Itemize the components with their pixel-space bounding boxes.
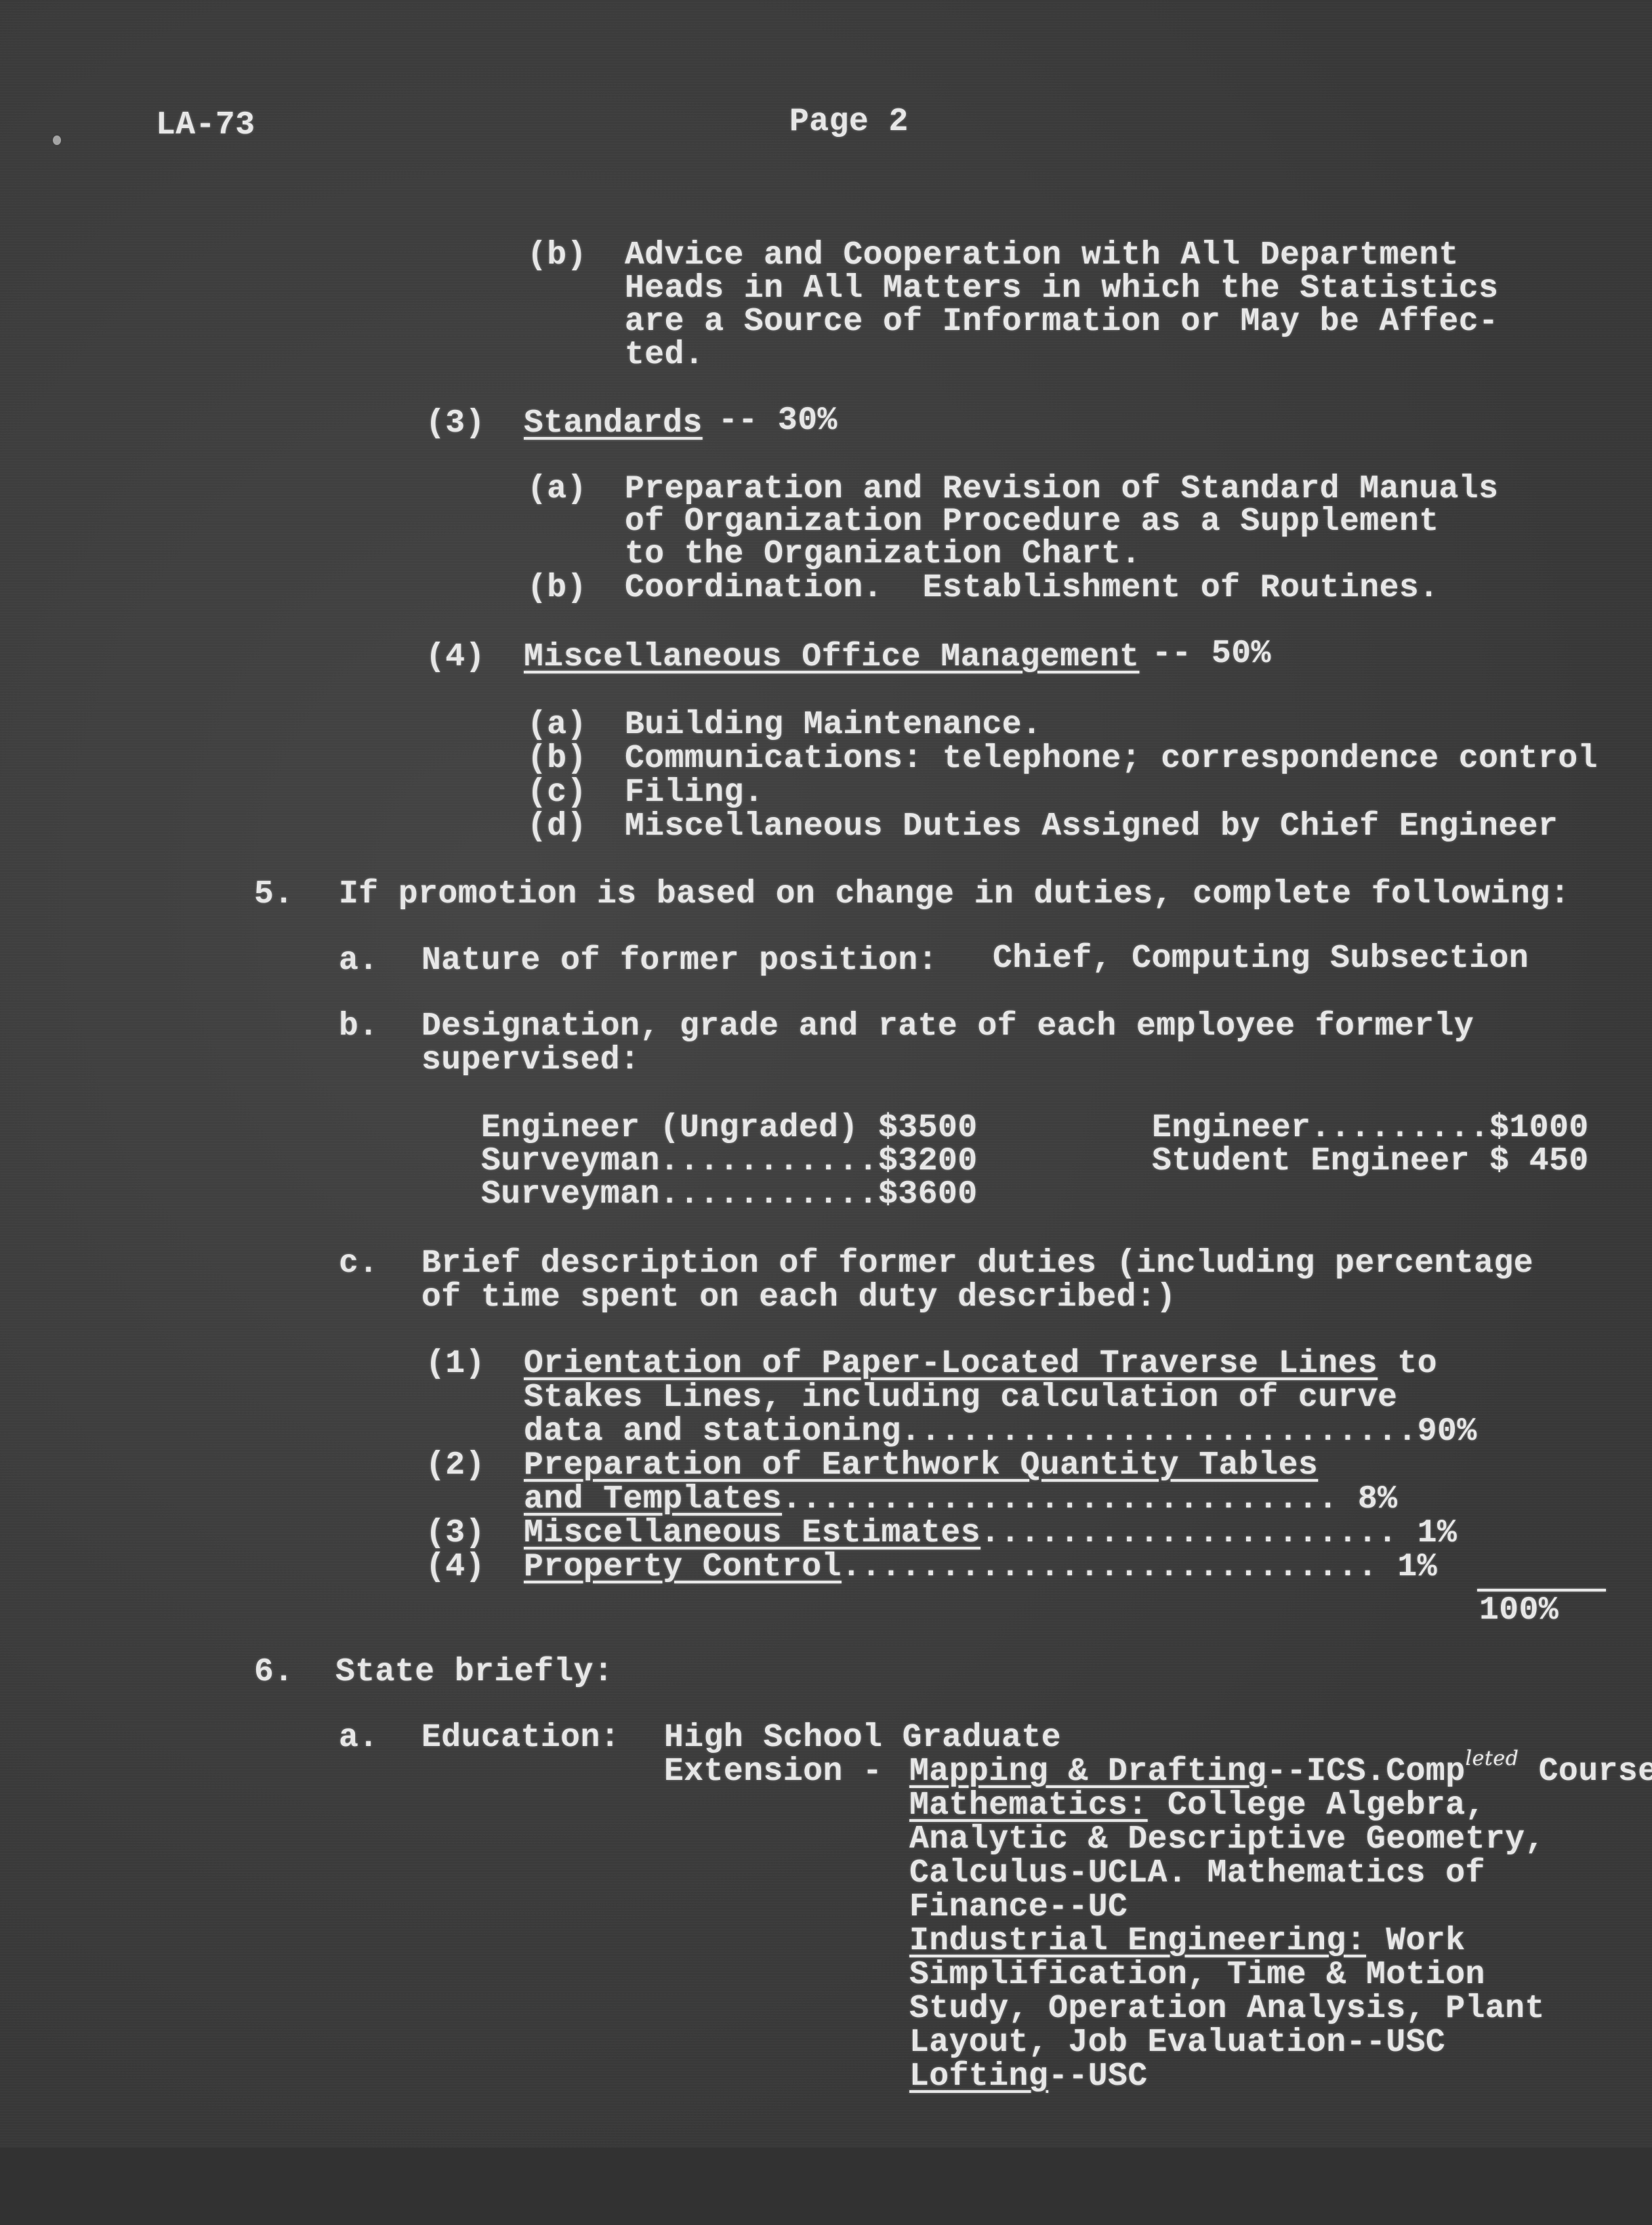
course-line: Calculus-UCLA. Mathematics of xyxy=(909,1856,1485,1890)
employee-row: Surveyman...........$3600 xyxy=(481,1178,978,1211)
misc-d-marker: (d) xyxy=(527,810,587,844)
misc-b-marker: (b) xyxy=(527,742,587,776)
duty-4-marker: (4) xyxy=(426,1550,485,1584)
item-b-line-2: Heads in All Matters in which the Statis… xyxy=(625,272,1498,306)
course-line: Study, Operation Analysis, Plant xyxy=(909,1992,1545,2026)
section-5c-line-1: Brief description of former duties (incl… xyxy=(421,1247,1533,1281)
education-label: Education: xyxy=(421,1721,620,1755)
scan-blemish xyxy=(53,136,61,145)
standards-marker: (3) xyxy=(426,407,485,440)
dot-leader: ............................ xyxy=(782,1481,1358,1518)
total-rule xyxy=(1477,1589,1606,1592)
duty-2-title: Preparation of Earthwork Quantity Tables xyxy=(524,1449,1318,1482)
section-5a-marker: a. xyxy=(339,944,379,978)
dot-leader: ........................... xyxy=(842,1549,1398,1585)
document-id: LA-73 xyxy=(156,108,255,142)
course-industrial-engineering: Industrial Engineering: Work xyxy=(909,1924,1466,1958)
duty-3-line: Miscellaneous Estimates.................… xyxy=(524,1516,1457,1550)
course-line: Simplification, Time & Motion xyxy=(909,1958,1485,1992)
standards-b-text: Coordination. Establishment of Routines. xyxy=(625,571,1439,605)
misc-b-text: Communications: telephone; correspondenc… xyxy=(625,742,1598,776)
section-5c-marker: c. xyxy=(339,1247,379,1281)
misc-a-marker: (a) xyxy=(527,708,587,742)
duty-1-line-2: Stakes Lines, including calculation of c… xyxy=(524,1381,1397,1415)
misc-office-percentage: -- 50% xyxy=(1152,637,1271,671)
employee-row: Engineer.........$1000 xyxy=(1152,1111,1589,1145)
misc-office-marker: (4) xyxy=(426,640,485,674)
employee-row: Surveyman...........$3200 xyxy=(481,1144,978,1178)
misc-office-title: Miscellaneous Office Management xyxy=(524,640,1139,674)
former-position-value: Chief, Computing Subsection xyxy=(993,942,1529,976)
item-b-line-4: ted. xyxy=(625,338,704,372)
duty-3-marker: (3) xyxy=(426,1516,485,1550)
dot-leader: ..................... xyxy=(980,1515,1418,1552)
section-5b-line-2: supervised: xyxy=(421,1043,640,1077)
duty-1-line-3: data and stationing.....................… xyxy=(524,1415,1477,1449)
course-mathematics: Mathematics: College Algebra, xyxy=(909,1789,1485,1823)
employee-rate: $1000 xyxy=(1489,1110,1589,1146)
course-line: Analytic & Descriptive Geometry, xyxy=(909,1823,1545,1856)
section-5-number: 5. xyxy=(254,877,294,911)
standards-title: Standards xyxy=(524,407,703,440)
course-lofting: Lofting--USC xyxy=(909,2060,1148,2094)
handwritten-annotation: leted xyxy=(1466,1747,1519,1770)
section-6-heading: State briefly: xyxy=(335,1655,613,1689)
misc-a-text: Building Maintenance. xyxy=(625,708,1041,742)
misc-c-text: Filing. xyxy=(625,776,764,810)
section-6a-marker: a. xyxy=(339,1721,379,1755)
employee-row: Engineer (Ungraded) $3500 xyxy=(481,1111,978,1145)
scan-bottom-edge xyxy=(0,2148,1652,2225)
item-b-line-1: Advice and Cooperation with All Departme… xyxy=(625,238,1459,272)
course-line: Layout, Job Evaluation--USC xyxy=(909,2026,1445,2060)
duty-3-percentage: 1% xyxy=(1418,1515,1458,1552)
misc-c-marker: (c) xyxy=(527,776,587,810)
duty-1-marker: (1) xyxy=(426,1347,485,1381)
standards-a-marker: (a) xyxy=(527,472,587,506)
section-6-number: 6. xyxy=(254,1655,294,1689)
duty-2-percentage: 8% xyxy=(1358,1481,1398,1518)
misc-d-text: Miscellaneous Duties Assigned by Chief E… xyxy=(625,810,1558,844)
standards-a-line-2: of Organization Procedure as a Supplemen… xyxy=(625,505,1439,539)
high-school: High School Graduate xyxy=(664,1721,1061,1755)
item-b-marker: (b) xyxy=(527,238,587,272)
course-mapping-drafting: Mapping & Drafting--ICS.Completed Course xyxy=(909,1755,1652,1791)
employee-rate: $3600 xyxy=(878,1176,978,1213)
employee-rate: $3200 xyxy=(878,1143,978,1180)
section-5b-line-1: Designation, grade and rate of each empl… xyxy=(421,1010,1474,1043)
duty-1-percentage: 90% xyxy=(1418,1413,1477,1450)
duty-1-title: Orientation of Paper-Located Traverse Li… xyxy=(524,1347,1437,1381)
employee-rate: $ 450 xyxy=(1489,1143,1589,1180)
dot-leader: .......................... xyxy=(901,1413,1418,1450)
section-5c-line-2: of time spent on each duty described:) xyxy=(421,1281,1176,1314)
standards-b-marker: (b) xyxy=(527,571,587,605)
page-number: Page 2 xyxy=(789,105,909,139)
employee-row: Student Engineer $ 450 xyxy=(1152,1144,1589,1178)
duty-2-line-2: and Templates...........................… xyxy=(524,1482,1397,1516)
duties-total: 100% xyxy=(1479,1594,1558,1627)
duty-4-percentage: 1% xyxy=(1397,1549,1437,1585)
duty-4-line: Property Control........................… xyxy=(524,1550,1437,1584)
employee-rate: $3500 xyxy=(878,1110,978,1146)
course-line: Finance--UC xyxy=(909,1890,1128,1924)
duty-2-marker: (2) xyxy=(426,1449,485,1482)
standards-percentage: -- 30% xyxy=(718,404,838,438)
standards-a-line-1: Preparation and Revision of Standard Man… xyxy=(625,472,1498,506)
former-position-label: Nature of former position: xyxy=(421,944,938,978)
standards-a-line-3: to the Organization Chart. xyxy=(625,537,1141,571)
item-b-line-3: are a Source of Information or May be Af… xyxy=(625,305,1498,339)
extension-label: Extension - xyxy=(664,1755,882,1789)
section-5b-marker: b. xyxy=(339,1010,379,1043)
section-5-heading: If promotion is based on change in dutie… xyxy=(339,877,1570,911)
